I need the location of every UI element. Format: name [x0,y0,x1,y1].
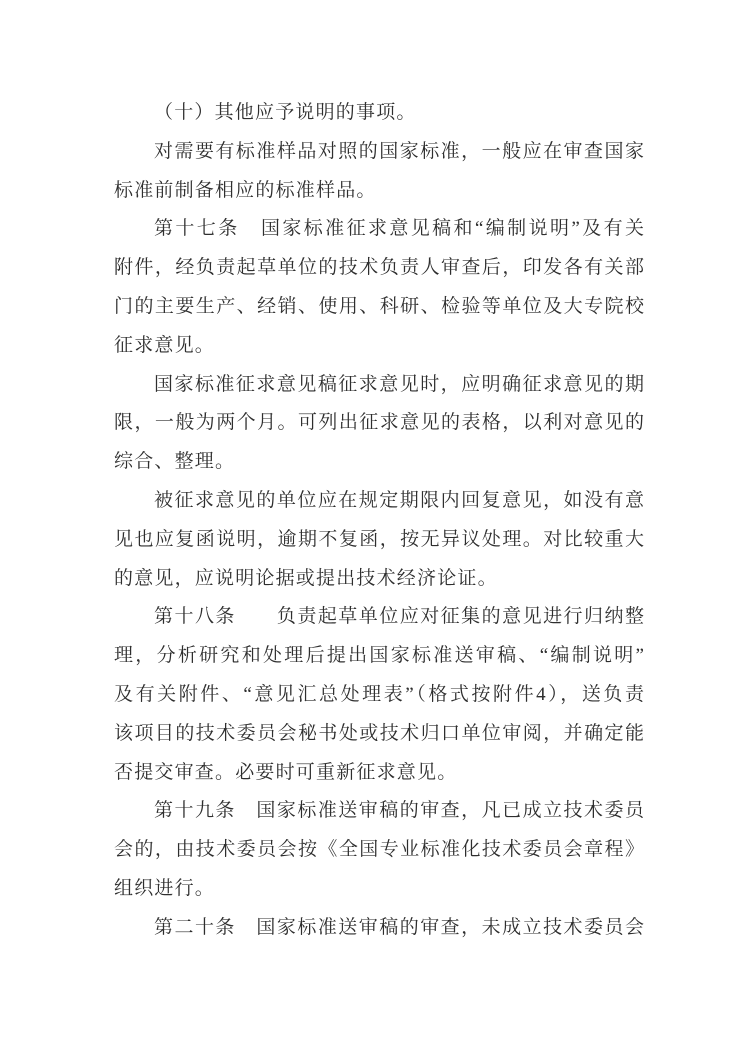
document-line: 组织进行。 [114,870,644,909]
document-line: 见也应复函说明，逾期不复函，按无异议处理。对比较重大 [114,521,644,560]
document-line: 的意见，应说明论据或提出技术经济论证。 [114,560,644,599]
document-line: 该项目的技术委员会秘书处或技术归口单位审阅，并确定能 [114,715,644,754]
document-line: 否提交审查。必要时可重新征求意见。 [114,754,644,793]
document-line: 及有关附件、“意见汇总处理表”（格式按附件4），送负责 [114,676,644,715]
document-line: 标准前制备相应的标准样品。 [114,172,644,211]
document-line: 被征求意见的单位应在规定期限内回复意见，如没有意 [114,482,644,521]
document-line: 综合、整理。 [114,443,644,482]
document-line: 对需要有标准样品对照的国家标准，一般应在审查国家 [114,133,644,172]
document-line: 第二十条 国家标准送审稿的审查，未成立技术委员会 [114,909,644,948]
document-text-block: （十）其他应予说明的事项。对需要有标准样品对照的国家标准，一般应在审查国家标准前… [114,94,644,948]
document-line: 第十九条 国家标准送审稿的审查，凡已成立技术委员 [114,792,644,831]
document-line: 国家标准征求意见稿征求意见时，应明确征求意见的期 [114,366,644,405]
document-line: 第十八条 负责起草单位应对征集的意见进行归纳整 [114,598,644,637]
document-line: 附件，经负责起草单位的技术负责人审查后，印发各有关部 [114,249,644,288]
document-line: 会的，由技术委员会按《全国专业标准化技术委员会章程》 [114,831,644,870]
document-line: 征求意见。 [114,327,644,366]
document-line: 理，分析研究和处理后提出国家标准送审稿、“编制说明” [114,637,644,676]
document-line: 第十七条 国家标准征求意见稿和“编制说明”及有关 [114,210,644,249]
document-page: （十）其他应予说明的事项。对需要有标准样品对照的国家标准，一般应在审查国家标准前… [0,0,750,1060]
document-line: （十）其他应予说明的事项。 [114,94,644,133]
document-line: 限，一般为两个月。可列出征求意见的表格，以利对意见的 [114,404,644,443]
document-line: 门的主要生产、经销、使用、科研、检验等单位及大专院校 [114,288,644,327]
